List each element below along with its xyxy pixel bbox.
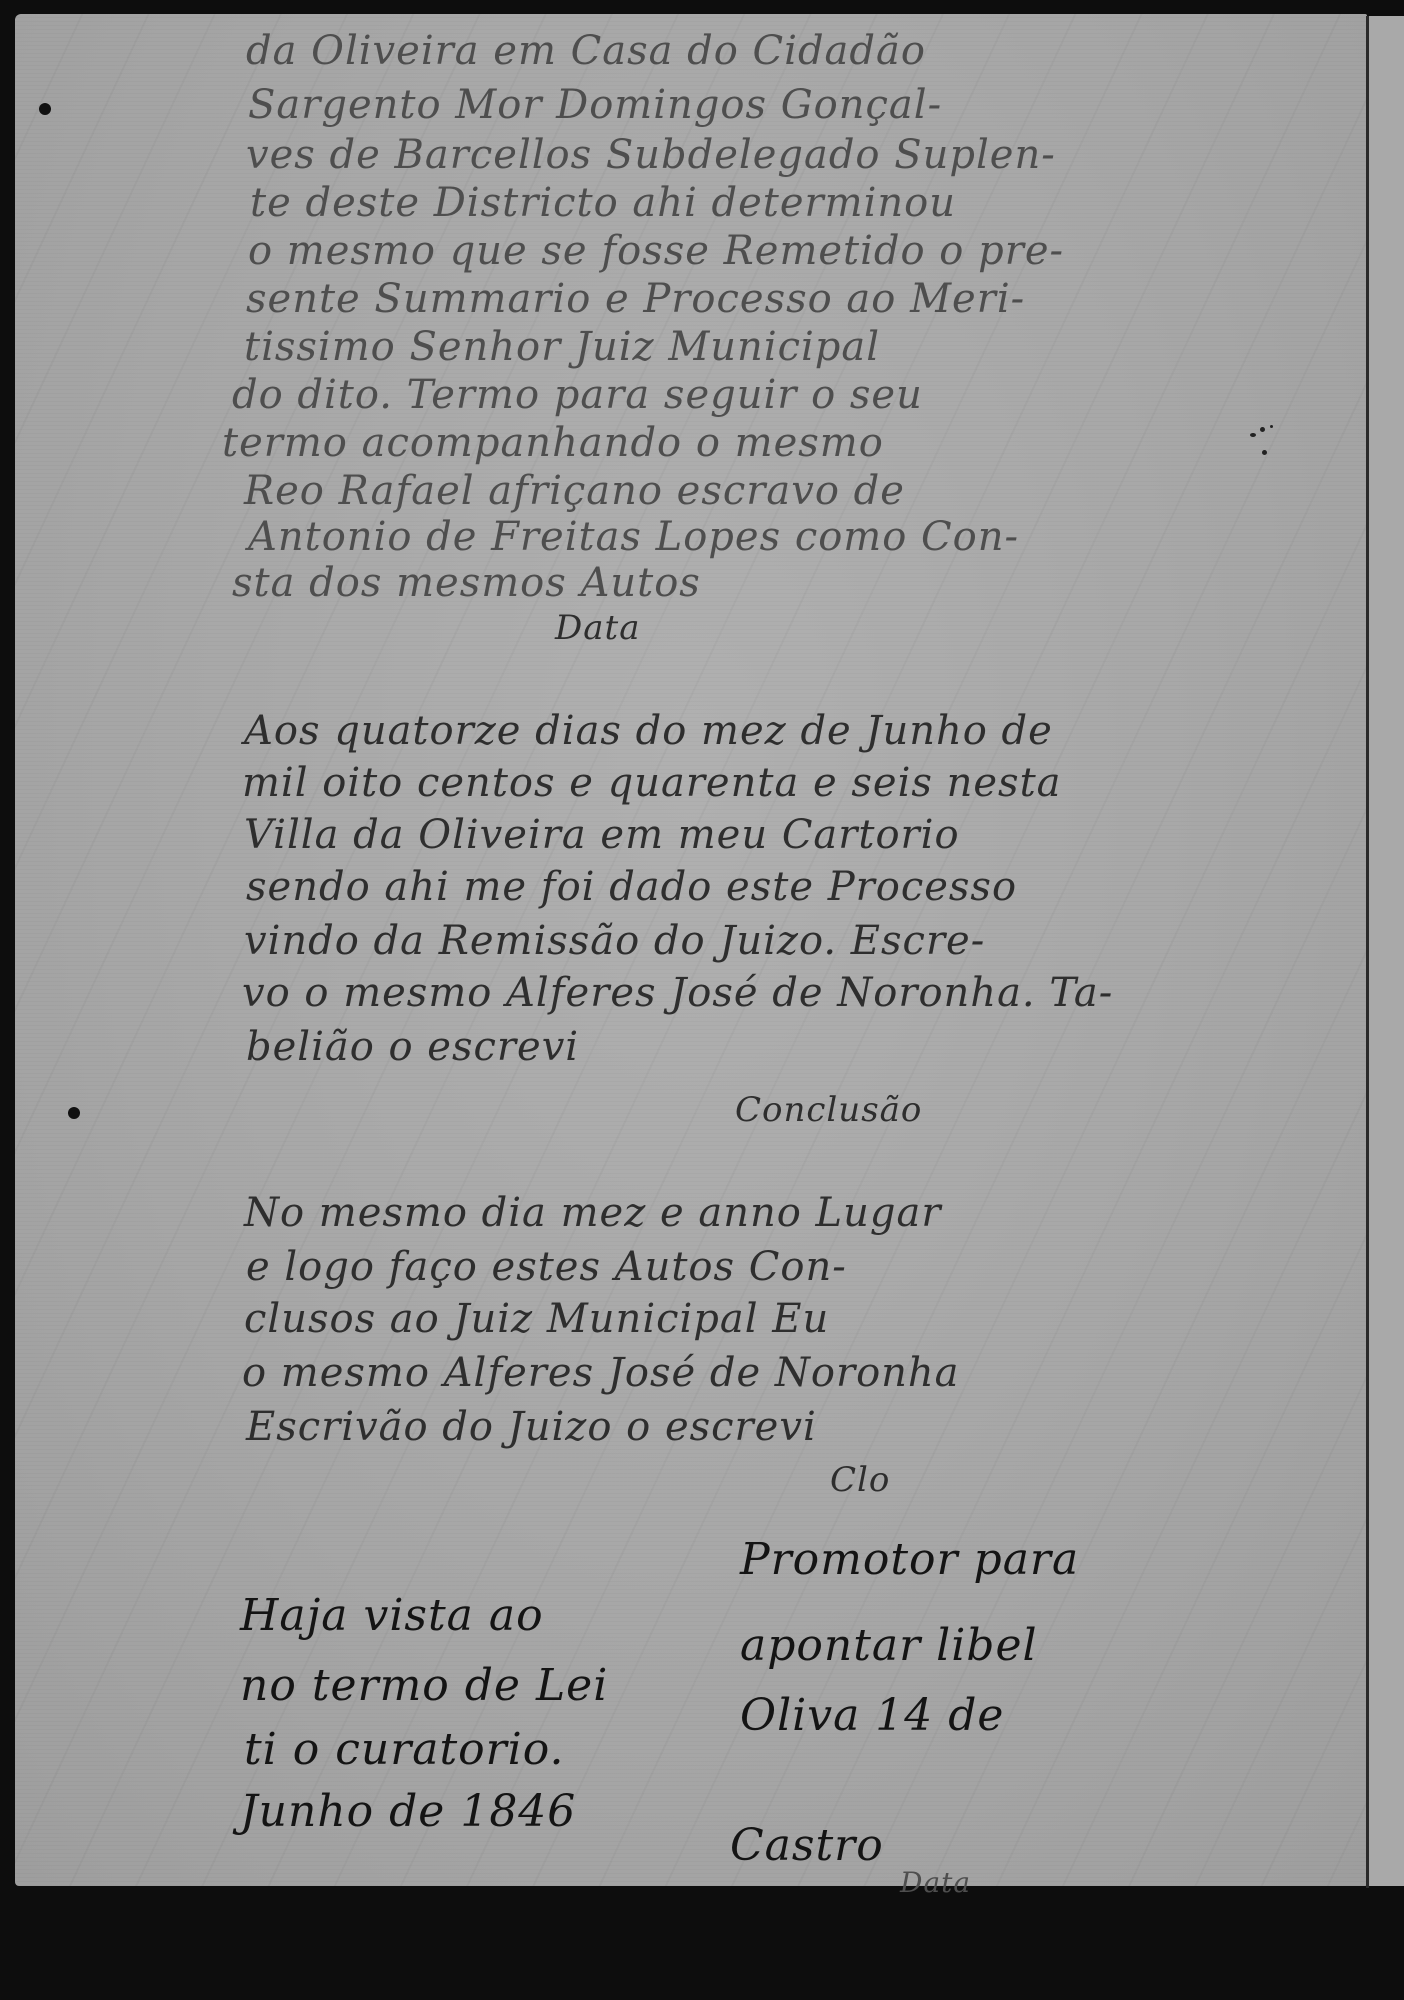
- despacho-left-line-2: no termo de Lei: [240, 1660, 608, 1711]
- conclusao-line-1: No mesmo dia mez e anno Lugar: [244, 1190, 941, 1236]
- adjacent-page-edge: [1369, 16, 1404, 1886]
- closing-mark: Clo: [830, 1460, 890, 1500]
- conclusao-line-2: e logo faço estes Autos Con-: [246, 1244, 847, 1290]
- data-line-2: mil oito centos e quarenta e seis nesta: [242, 760, 1062, 806]
- despacho-right-line-1: Promotor para: [740, 1534, 1079, 1585]
- despacho-right-line-3: Oliva 14 de: [740, 1690, 1004, 1741]
- data-line-1: Aos quatorze dias do mez de Junho de: [244, 708, 1053, 754]
- continued-line-5: o mesmo que se fosse Remetido o pre-: [248, 228, 1064, 274]
- continued-line-3: ves de Barcellos Subdelegado Suplen-: [246, 132, 1056, 178]
- continued-line-8: do dito. Termo para seguir o seu: [232, 372, 923, 418]
- punch-hole-middle: [68, 1107, 80, 1119]
- conclusao-line-5: Escrivão do Juizo o escrevi: [246, 1404, 817, 1450]
- data-line-3: Villa da Oliveira em meu Cartorio: [244, 812, 960, 858]
- data-line-5: vindo da Remissão do Juizo. Escre-: [244, 918, 985, 964]
- footer-heading-data: Data: [900, 1866, 971, 1899]
- ink-specks: [1250, 425, 1290, 465]
- conclusao-line-3: clusos ao Juiz Municipal Eu: [244, 1296, 829, 1342]
- continued-line-11: Antonio de Freitas Lopes como Con-: [248, 514, 1019, 560]
- despacho-left-line-1: Haja vista ao: [240, 1590, 544, 1641]
- continued-line-7: tissimo Senhor Juiz Municipal: [244, 324, 880, 370]
- data-line-6: vo o mesmo Alferes José de Noronha. Ta-: [242, 970, 1113, 1016]
- data-line-7: belião o escrevi: [246, 1024, 579, 1070]
- punch-hole-top: [39, 103, 51, 115]
- section-heading-conclusao: Conclusão: [735, 1090, 922, 1130]
- continued-line-6: sente Summario e Processo ao Meri-: [246, 276, 1025, 322]
- despacho-left-line-3: ti o curatorio.: [244, 1724, 564, 1775]
- continued-line-10: Reo Rafael afriçano escravo de: [244, 468, 905, 514]
- signature-castro: Castro: [730, 1820, 884, 1871]
- continued-line-12: sta dos mesmos Autos: [232, 560, 701, 606]
- despacho-right-line-2: apontar libel: [740, 1620, 1038, 1671]
- despacho-left-line-4: Junho de 1846: [240, 1786, 576, 1837]
- section-heading-data: Data: [555, 608, 640, 648]
- continued-line-9: termo acompanhando o mesmo: [222, 420, 884, 466]
- data-line-4: sendo ahi me foi dado este Processo: [246, 864, 1017, 910]
- conclusao-line-4: o mesmo Alferes José de Noronha: [242, 1350, 960, 1396]
- continued-line-4: te deste Districto ahi determinou: [250, 180, 956, 226]
- continued-line-1: da Oliveira em Casa do Cidadão: [246, 28, 926, 74]
- continued-line-2: Sargento Mor Domingos Gonçal-: [248, 82, 942, 128]
